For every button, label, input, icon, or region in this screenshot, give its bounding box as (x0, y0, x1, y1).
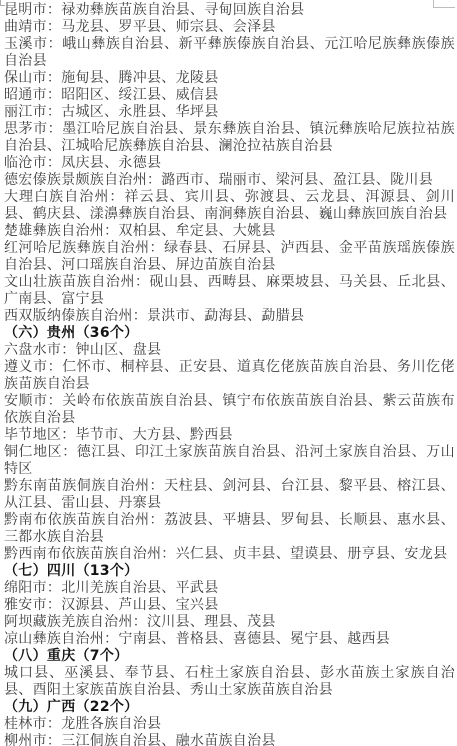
region-entry: 思茅市：墨江哈尼族自治县、景东彝族自治县、镇沅彝族哈尼族拉祜族自治县、江城哈尼族… (4, 121, 455, 155)
section-heading: （六）贵州（36个） (4, 325, 455, 342)
region-entry: 六盘水市：钟山区、盘县 (4, 342, 455, 359)
section-heading: （八）重庆（7个） (4, 648, 455, 665)
region-entry: 玉溪市：峨山彝族自治县、新平彝族傣族自治县、元江哈尼族彝族傣族自治县 (4, 36, 455, 70)
region-entry: 曲靖市：马龙县、罗平县、师宗县、会泽县 (4, 19, 455, 36)
document-page: 昆明市：禄劝彝族苗族自治县、寻甸回族自治县曲靖市：马龙县、罗平县、师宗县、会泽县… (0, 0, 457, 746)
region-entry: 临沧市：凤庆县、永德县 (4, 155, 455, 172)
region-entry: 德宏傣族景颇族自治州：潞西市、瑞丽市、梁河县、盈江县、陇川县 (4, 172, 455, 189)
region-entry: 红河哈尼族彝族自治州：绿春县、石屏县、泸西县、金平苗族瑶族傣族自治县、河口瑶族自… (4, 240, 455, 274)
region-entry: 昆明市：禄劝彝族苗族自治县、寻甸回族自治县 (4, 2, 455, 19)
region-entry: 安顺市：关岭布依族苗族自治县、镇宁布依族苗族自治县、紫云苗族布依族自治县 (4, 393, 455, 427)
region-entry: 丽江市：古城区、永胜县、华坪县 (4, 104, 455, 121)
region-entry: 黔东南苗族侗族自治州：天柱县、剑河县、台江县、黎平县、榕江县、从江县、雷山县、丹… (4, 478, 455, 512)
region-entry: 铜仁地区：德江县、印江土家族苗族自治县、沿河土家族自治县、万山特区 (4, 444, 455, 478)
region-entry: 雅安市：汉源县、芦山县、宝兴县 (4, 597, 455, 614)
region-entry: 黔西南布依族苗族自治州：兴仁县、贞丰县、望谟县、册亨县、安龙县 (4, 546, 455, 563)
region-entry: 柳州市：三江侗族自治县、融水苗族自治县 (4, 733, 455, 746)
section-heading: （九）广西（22个） (4, 699, 455, 716)
region-entry: 西双版纳傣族自治州：景洪市、勐海县、勐腊县 (4, 308, 455, 325)
crop-artifact-top-left (0, 0, 5, 6)
region-entry: 大理白族自治州：祥云县、宾川县、弥渡县、云龙县、洱源县、剑川县、鹤庆县、漾濞彝族… (4, 189, 455, 223)
region-entry: 遵义市：仁怀市、桐梓县、正安县、道真仡佬族苗族自治县、务川仡佬族苗族自治县 (4, 359, 455, 393)
region-entry: 保山市：施甸县、腾冲县、龙陵县 (4, 70, 455, 87)
region-entry: 楚雄彝族自治州：双柏县、牟定县、大姚县 (4, 223, 455, 240)
region-entry: 桂林市：龙胜各族自治县 (4, 716, 455, 733)
region-entry: 城口县、巫溪县、奉节县、石柱土家族自治县、彭水苗族土家族自治县、酉阳土家族苗族自… (4, 665, 455, 699)
region-entry: 文山壮族苗族自治州：砚山县、西畴县、麻栗坡县、马关县、丘北县、广南县、富宁县 (4, 274, 455, 308)
region-entry: 凉山彝族自治州：宁南县、普格县、喜德县、冕宁县、越西县 (4, 631, 455, 648)
region-entry: 阿坝藏族羌族自治州：汶川县、理县、茂县 (4, 614, 455, 631)
region-list: 昆明市：禄劝彝族苗族自治县、寻甸回族自治县曲靖市：马龙县、罗平县、师宗县、会泽县… (0, 0, 457, 746)
crop-artifact-top-right (433, 0, 455, 8)
region-entry: 昭通市：昭阳区、绥江县、威信县 (4, 87, 455, 104)
region-entry: 绵阳市：北川羌族自治县、平武县 (4, 580, 455, 597)
region-entry: 毕节地区：毕节市、大方县、黔西县 (4, 427, 455, 444)
region-entry: 黔南布依族苗族自治州：荔波县、平塘县、罗甸县、长顺县、惠水县、三都水族自治县 (4, 512, 455, 546)
section-heading: （七）四川（13个） (4, 563, 455, 580)
